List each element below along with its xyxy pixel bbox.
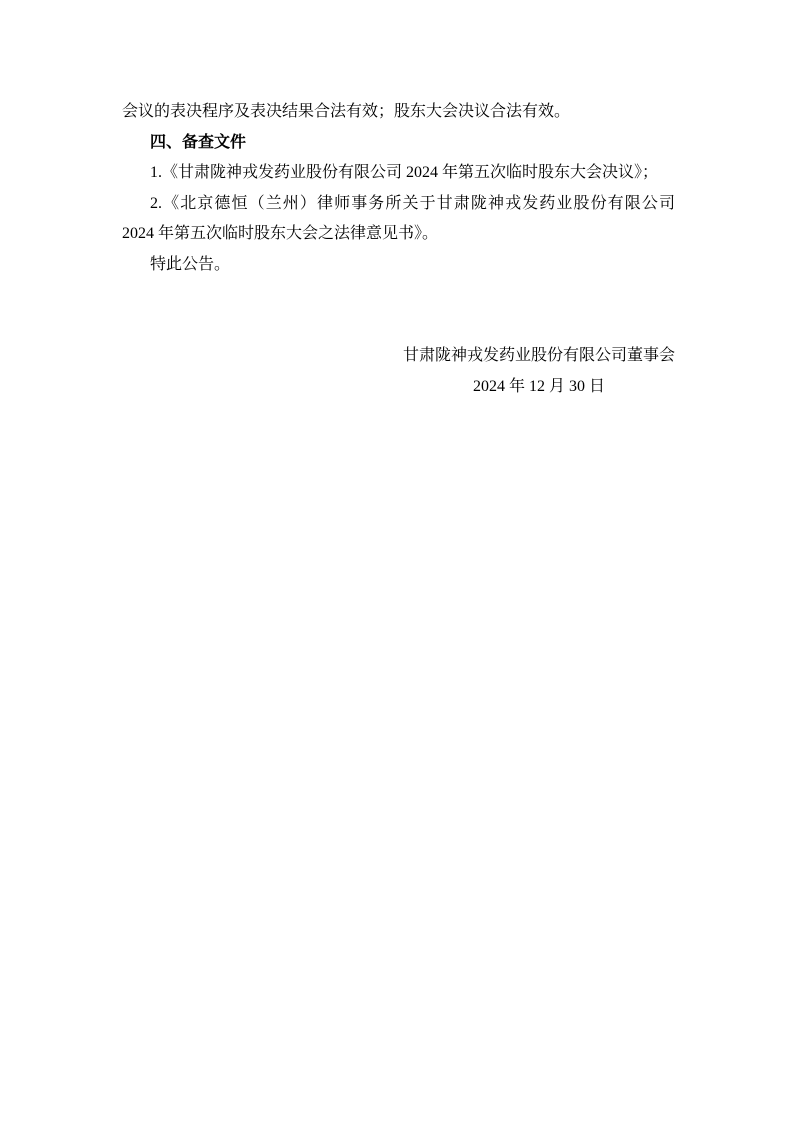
paragraph-document-item-2: 2.《北京德恒（兰州）律师事务所关于甘肃陇神戎发药业股份有限公司 2024 年第…	[122, 189, 675, 250]
signature-block: 甘肃陇神戎发药业股份有限公司董事会 2024 年 12 月 30 日	[403, 341, 675, 402]
signature-company-line: 甘肃陇神戎发药业股份有限公司董事会	[403, 341, 675, 372]
paragraph-document-item-1: 1.《甘肃陇神戎发药业股份有限公司 2024 年第五次临时股东大会决议》；	[122, 158, 675, 189]
section-heading-reference-documents: 四、备查文件	[122, 128, 675, 159]
paragraph-vote-validity: 会议的表决程序及表决结果合法有效；股东大会决议合法有效。	[122, 97, 675, 128]
signature-date-line: 2024 年 12 月 30 日	[403, 372, 675, 403]
paragraph-announcement-closing: 特此公告。	[122, 250, 675, 281]
document-page: 会议的表决程序及表决结果合法有效；股东大会决议合法有效。 四、备查文件 1.《甘…	[0, 0, 794, 1122]
